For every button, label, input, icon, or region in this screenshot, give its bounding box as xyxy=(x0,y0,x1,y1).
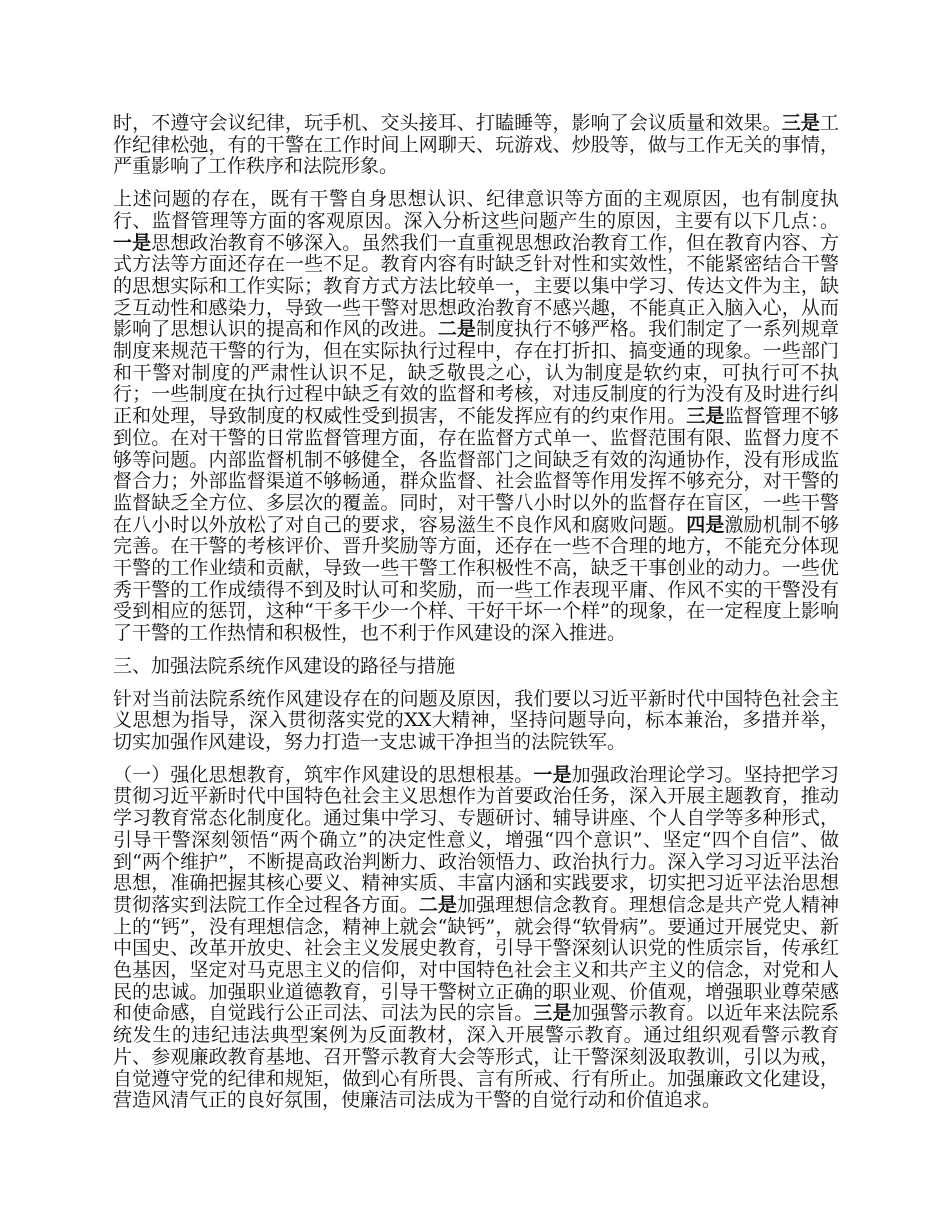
paragraph-ideological-education: （一）强化思想教育，筑牢作风建设的思想根基。一是加强政治理论学习。坚持把学习贯彻… xyxy=(113,765,839,1112)
paragraph-intro: 针对当前法院系统作风建设存在的问题及原因，我们要以习近平新时代中国特色社会主义思… xyxy=(113,689,839,754)
bold-marker: 一是 xyxy=(533,764,571,786)
bold-marker: 三是 xyxy=(533,1002,571,1024)
bold-marker: 一是 xyxy=(113,232,151,254)
bold-marker: 二是 xyxy=(419,894,457,916)
paragraph-work-discipline: 时，不遵守会议纪律，玩手机、交头接耳、打瞌睡等，影响了会议质量和效果。三是工作纪… xyxy=(113,113,839,178)
paragraph-causes-analysis: 上述问题的存在，既有干警自身思想认识、纪律意识等方面的主观原因，也有制度执行、监… xyxy=(113,189,839,645)
subsection-title: （一）强化思想教育，筑牢作风建设的思想根基。 xyxy=(113,764,533,786)
bold-marker: 四是 xyxy=(686,514,724,536)
text-segment: 时，不遵守会议纪律，玩手机、交头接耳、打瞌睡等，影响了会议质量和效果。 xyxy=(113,112,782,134)
bold-marker: 二是 xyxy=(438,318,476,340)
text-segment: 上述问题的存在，既有干警自身思想认识、纪律意识等方面的主观原因，也有制度执行、监… xyxy=(113,188,839,232)
bold-marker: 三是 xyxy=(686,405,724,427)
bold-marker: 三是 xyxy=(782,112,820,134)
section-heading: 三、加强法院系统作风建设的路径与措施 xyxy=(113,656,839,678)
document-page: 时，不遵守会议纪律，玩手机、交头接耳、打瞌睡等，影响了会议质量和效果。三是工作纪… xyxy=(113,113,839,1123)
